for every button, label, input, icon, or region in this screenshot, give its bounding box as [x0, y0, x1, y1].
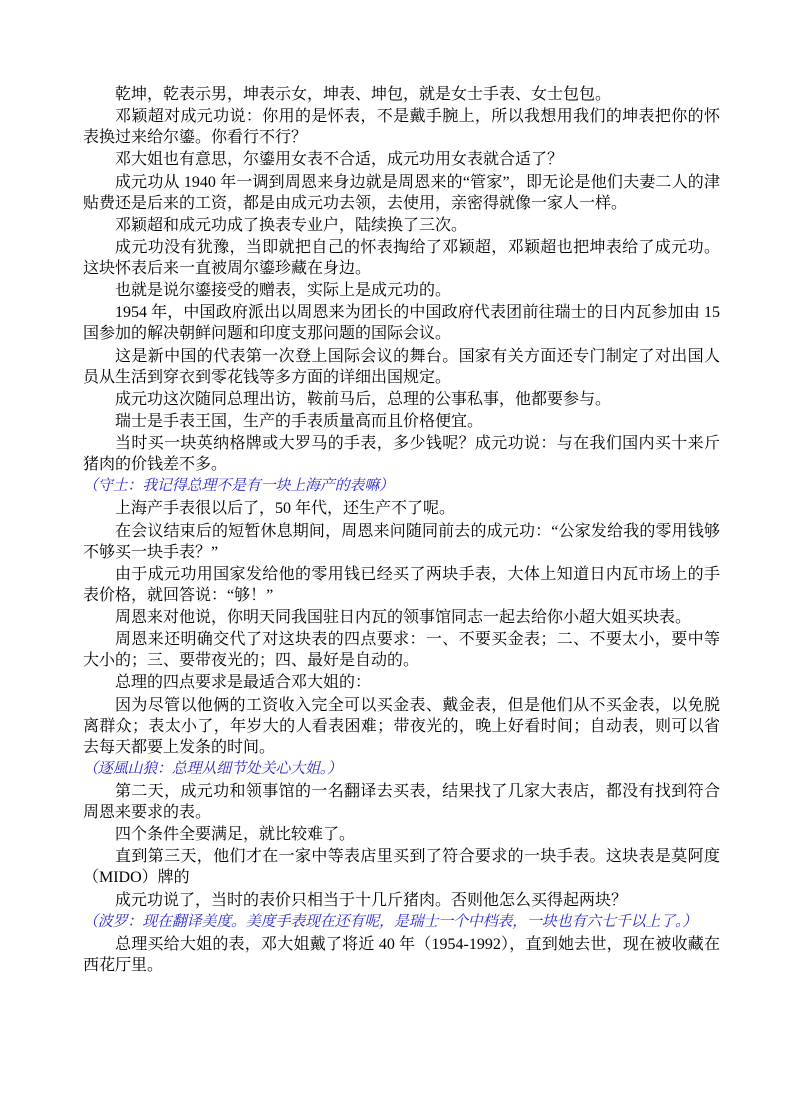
paragraph: 邓颖超对成元功说：你用的是怀表，不是戴手腕上，所以我想用我们的坤表把你的怀表换过…: [83, 106, 720, 148]
paragraph: 乾坤，乾表示男，坤表示女，坤表、坤包，就是女士手表、女士包包。: [83, 84, 720, 105]
paragraph: 总理的四点要求是最适合邓大姐的：: [83, 672, 720, 693]
paragraph: 第二天，成元功和领事馆的一名翻译去买表，结果找了几家大表店，都没有找到符合周恩来…: [83, 781, 720, 823]
paragraph: 在会议结束后的短暂休息期间，周恩来问随同前去的成元功：“公家发给我的零用钱够不够…: [83, 521, 720, 563]
paragraph: 四个条件全要满足，就比较难了。: [83, 824, 720, 845]
document-body: 乾坤，乾表示男，坤表示女，坤表、坤包，就是女士手表、女士包包。邓颖超对成元功说：…: [83, 84, 720, 977]
paragraph: 成元功没有犹豫，当即就把自己的怀表掏给了邓颖超，邓颖超也把坤表给了成元功。这块怀…: [83, 237, 720, 279]
paragraph: 成元功说了，当时的表价只相当于十几斤猪肉。否则他怎么买得起两块？: [83, 890, 720, 911]
paragraph: 成元功这次随同总理出访，鞍前马后，总理的公事私事，他都要参与。: [83, 389, 720, 410]
paragraph: 当时买一块英纳格牌或大罗马的手表，多少钱呢？成元功说：与在我们国内买十来斤猪肉的…: [83, 433, 720, 475]
paragraph: 这是新中国的代表第一次登上国际会议的舞台。国家有关方面还专门制定了对出国人员从生…: [83, 346, 720, 388]
paragraph: 邓大姐也有意思，尔鎏用女表不合适，成元功用女表就合适了？: [83, 149, 720, 170]
paragraph: 周恩来对他说，你明天同我国驻日内瓦的领事馆同志一起去给你小超大姐买块表。: [83, 607, 720, 628]
paragraph: 上海产手表很以后了，50 年代，还生产不了呢。: [83, 498, 720, 519]
comment-annotation: （波罗：现在翻译美度。美度手表现在还有呢，是瑞士一个中档表，一块也有六七千以上了…: [83, 912, 720, 933]
paragraph: 由于成元功用国家发给他的零用钱已经买了两块手表，大体上知道日内瓦市场上的手表价格…: [83, 564, 720, 606]
paragraph: 因为尽管以他俩的工资收入完全可以买金表、戴金表，但是他们从不买金表，以免脱离群众…: [83, 695, 720, 758]
document-page: 乾坤，乾表示男，坤表示女，坤表、坤包，就是女士手表、女士包包。邓颖超对成元功说：…: [0, 0, 800, 1100]
paragraph: 1954 年，中国政府派出以周恩来为团长的中国政府代表团前往瑞士的日内瓦参加由 …: [83, 302, 720, 344]
comment-annotation: （守土：我记得总理不是有一块上海产的表嘛）: [83, 476, 720, 497]
paragraph: 也就是说尔鎏接受的赠表，实际上是成元功的。: [83, 280, 720, 301]
paragraph: 瑞士是手表王国，生产的手表质量高而且价格便宜。: [83, 411, 720, 432]
paragraph: 邓颖超和成元功成了换表专业户，陆续换了三次。: [83, 215, 720, 236]
paragraph: 直到第三天，他们才在一家中等表店里买到了符合要求的一块手表。这块表是莫阿度（MI…: [83, 846, 720, 888]
comment-annotation: （逐風山狼：总理从细节处关心大姐。）: [83, 759, 720, 780]
paragraph: 周恩来还明确交代了对这块表的四点要求：一、不要买金表；二、不要太小，要中等大小的…: [83, 629, 720, 671]
paragraph: 总理买给大姐的表，邓大姐戴了将近 40 年（1954-1992），直到她去世，现…: [83, 934, 720, 976]
paragraph: 成元功从 1940 年一调到周恩来身边就是周恩来的“管家”，即无论是他们夫妻二人…: [83, 172, 720, 214]
